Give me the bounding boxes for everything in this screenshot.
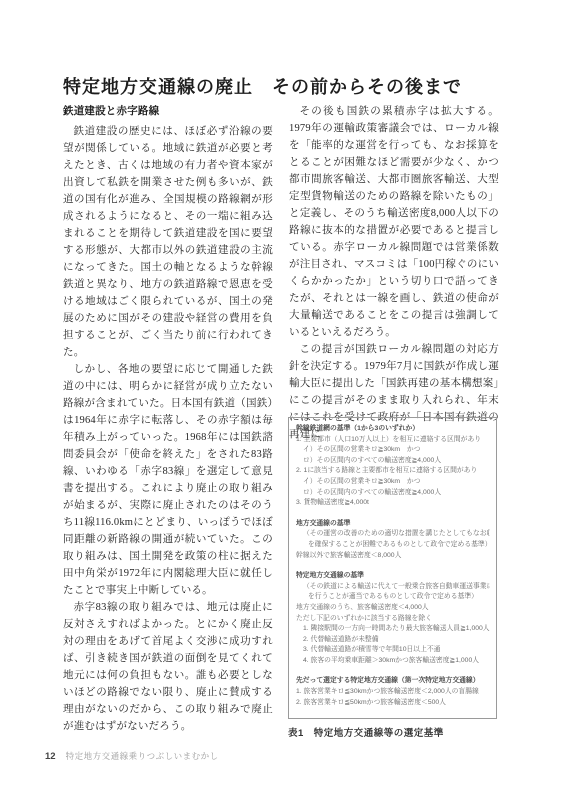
page-title: 特定地方交通線の廃止 その前からその後まで xyxy=(63,73,533,99)
criteria-line: を行うことが適当であるものとして政令で定める基準） xyxy=(296,592,490,603)
criteria-line: ロ）その区間内のすべての輸送密度≧4,000人 xyxy=(296,488,490,499)
page-number: 12 xyxy=(45,751,56,762)
criteria-line: 4. 旅客の平均乗車距離＞30kmかつ旅客輸送密度≧1,000人 xyxy=(296,656,490,667)
page-footer: 12 特定地方交通線乗りつぶしいまむかし xyxy=(45,750,445,762)
criteria-line: （その運営の改善のための適切な措置を講じたとしてもなお収支の均衡 xyxy=(296,529,490,540)
running-title: 特定地方交通線乗りつぶしいまむかし xyxy=(66,750,219,762)
criteria-section-first-phase: 先だって選定する特定地方交通線（第一次特定地方交通線） 1. 旅客営業キロ≦30… xyxy=(296,676,490,708)
criteria-line: 3. 代替輸送道路が積雪等で年間10日以上不通 xyxy=(296,645,490,656)
criteria-section-title: 先だって選定する特定地方交通線（第一次特定地方交通線） xyxy=(296,676,490,687)
body-paragraph: 赤字83線の取り組みでは、地元は廃止に反対さえすればよかった。とにかく廃止反対の… xyxy=(63,599,273,735)
criteria-section-title: 幹線鉄道網の基準（1から3のいずれか） xyxy=(296,424,490,435)
criteria-section-title: 地方交通線の基準 xyxy=(296,519,490,530)
criteria-line: イ）その区間の営業キロ≧30km かつ xyxy=(296,477,490,488)
body-paragraph: その後も国鉄の累積赤字は拡大する。1979年の運輸政策審議会では、ローカル線を「… xyxy=(289,103,499,341)
criteria-line: 1. 旅客営業キロ≦30kmかつ旅客輸送密度＜2,000人の盲腸線 xyxy=(296,687,490,698)
criteria-section-local-lines: 地方交通線の基準 （その運営の改善のための適切な措置を講じたとしてもなお収支の均… xyxy=(296,519,490,561)
criteria-table-box: 幹線鉄道網の基準（1から3のいずれか） 1. 主要都市（人口10万人以上）を相互… xyxy=(288,417,497,719)
section-heading: 鉄道建設と赤字路線 xyxy=(63,103,273,120)
criteria-line: ただし下記のいずれかに該当する路線を除く xyxy=(296,614,490,625)
criteria-section-trunk-lines: 幹線鉄道網の基準（1から3のいずれか） 1. 主要都市（人口10万人以上）を相互… xyxy=(296,424,490,509)
criteria-line: 幹線以外で旅客輸送密度＜8,000人 xyxy=(296,551,490,562)
body-paragraph: 鉄道建設の歴史には、ほぼ必ず沿線の要望が関係している。地域に鉄道が必要と考えたと… xyxy=(63,123,273,361)
criteria-line: を確保することが困難であるものとして政令で定める基準） xyxy=(296,540,490,551)
criteria-line: 2. 1に該当する路線と主要都市を相互に連絡する区間があり xyxy=(296,466,490,477)
criteria-line: 1. 隣接駅間の一方向一時間あたり最大旅客輸送人員≧1,000人 xyxy=(296,624,490,635)
criteria-line: 2. 代替輸送道路が未整備 xyxy=(296,635,490,646)
criteria-line: イ）その区間の営業キロ≧30km かつ xyxy=(296,445,490,456)
left-column: 鉄道建設と赤字路線 鉄道建設の歴史には、ほぼ必ず沿線の要望が関係している。地域に… xyxy=(63,103,273,735)
table-caption: 表1 特定地方交通線等の選定基準 xyxy=(288,725,528,739)
criteria-line: 2. 旅客営業キロ≦50kmかつ旅客輸送密度＜500人 xyxy=(296,698,490,709)
criteria-line: （その鉄道による輸送に代えて一般乗合旅客自動車運送事業による輸送 xyxy=(296,582,490,593)
criteria-line: 1. 主要都市（人口10万人以上）を相互に連絡する区間があり xyxy=(296,435,490,446)
criteria-line: 3. 貨物輸送密度≧4,000t xyxy=(296,498,490,509)
body-paragraph: しかし、各地の要望に応じて開通した鉄道の中には、明らかに経営が成り立たない路線が… xyxy=(63,361,273,599)
right-column: その後も国鉄の累積赤字は拡大する。1979年の運輸政策審議会では、ローカル線を「… xyxy=(289,103,499,443)
criteria-section-title: 特定地方交通線の基準 xyxy=(296,571,490,582)
criteria-line: 地方交通線のうち、旅客輸送密度＜4,000人 xyxy=(296,603,490,614)
document-page: 特定地方交通線の廃止 その前からその後まで 鉄道建設と赤字路線 鉄道建設の歴史に… xyxy=(0,0,572,800)
criteria-section-specific-local-lines: 特定地方交通線の基準 （その鉄道による輸送に代えて一般乗合旅客自動車運送事業によ… xyxy=(296,571,490,666)
criteria-line: ロ）その区間内のすべての輸送密度≧4,000人 xyxy=(296,456,490,467)
